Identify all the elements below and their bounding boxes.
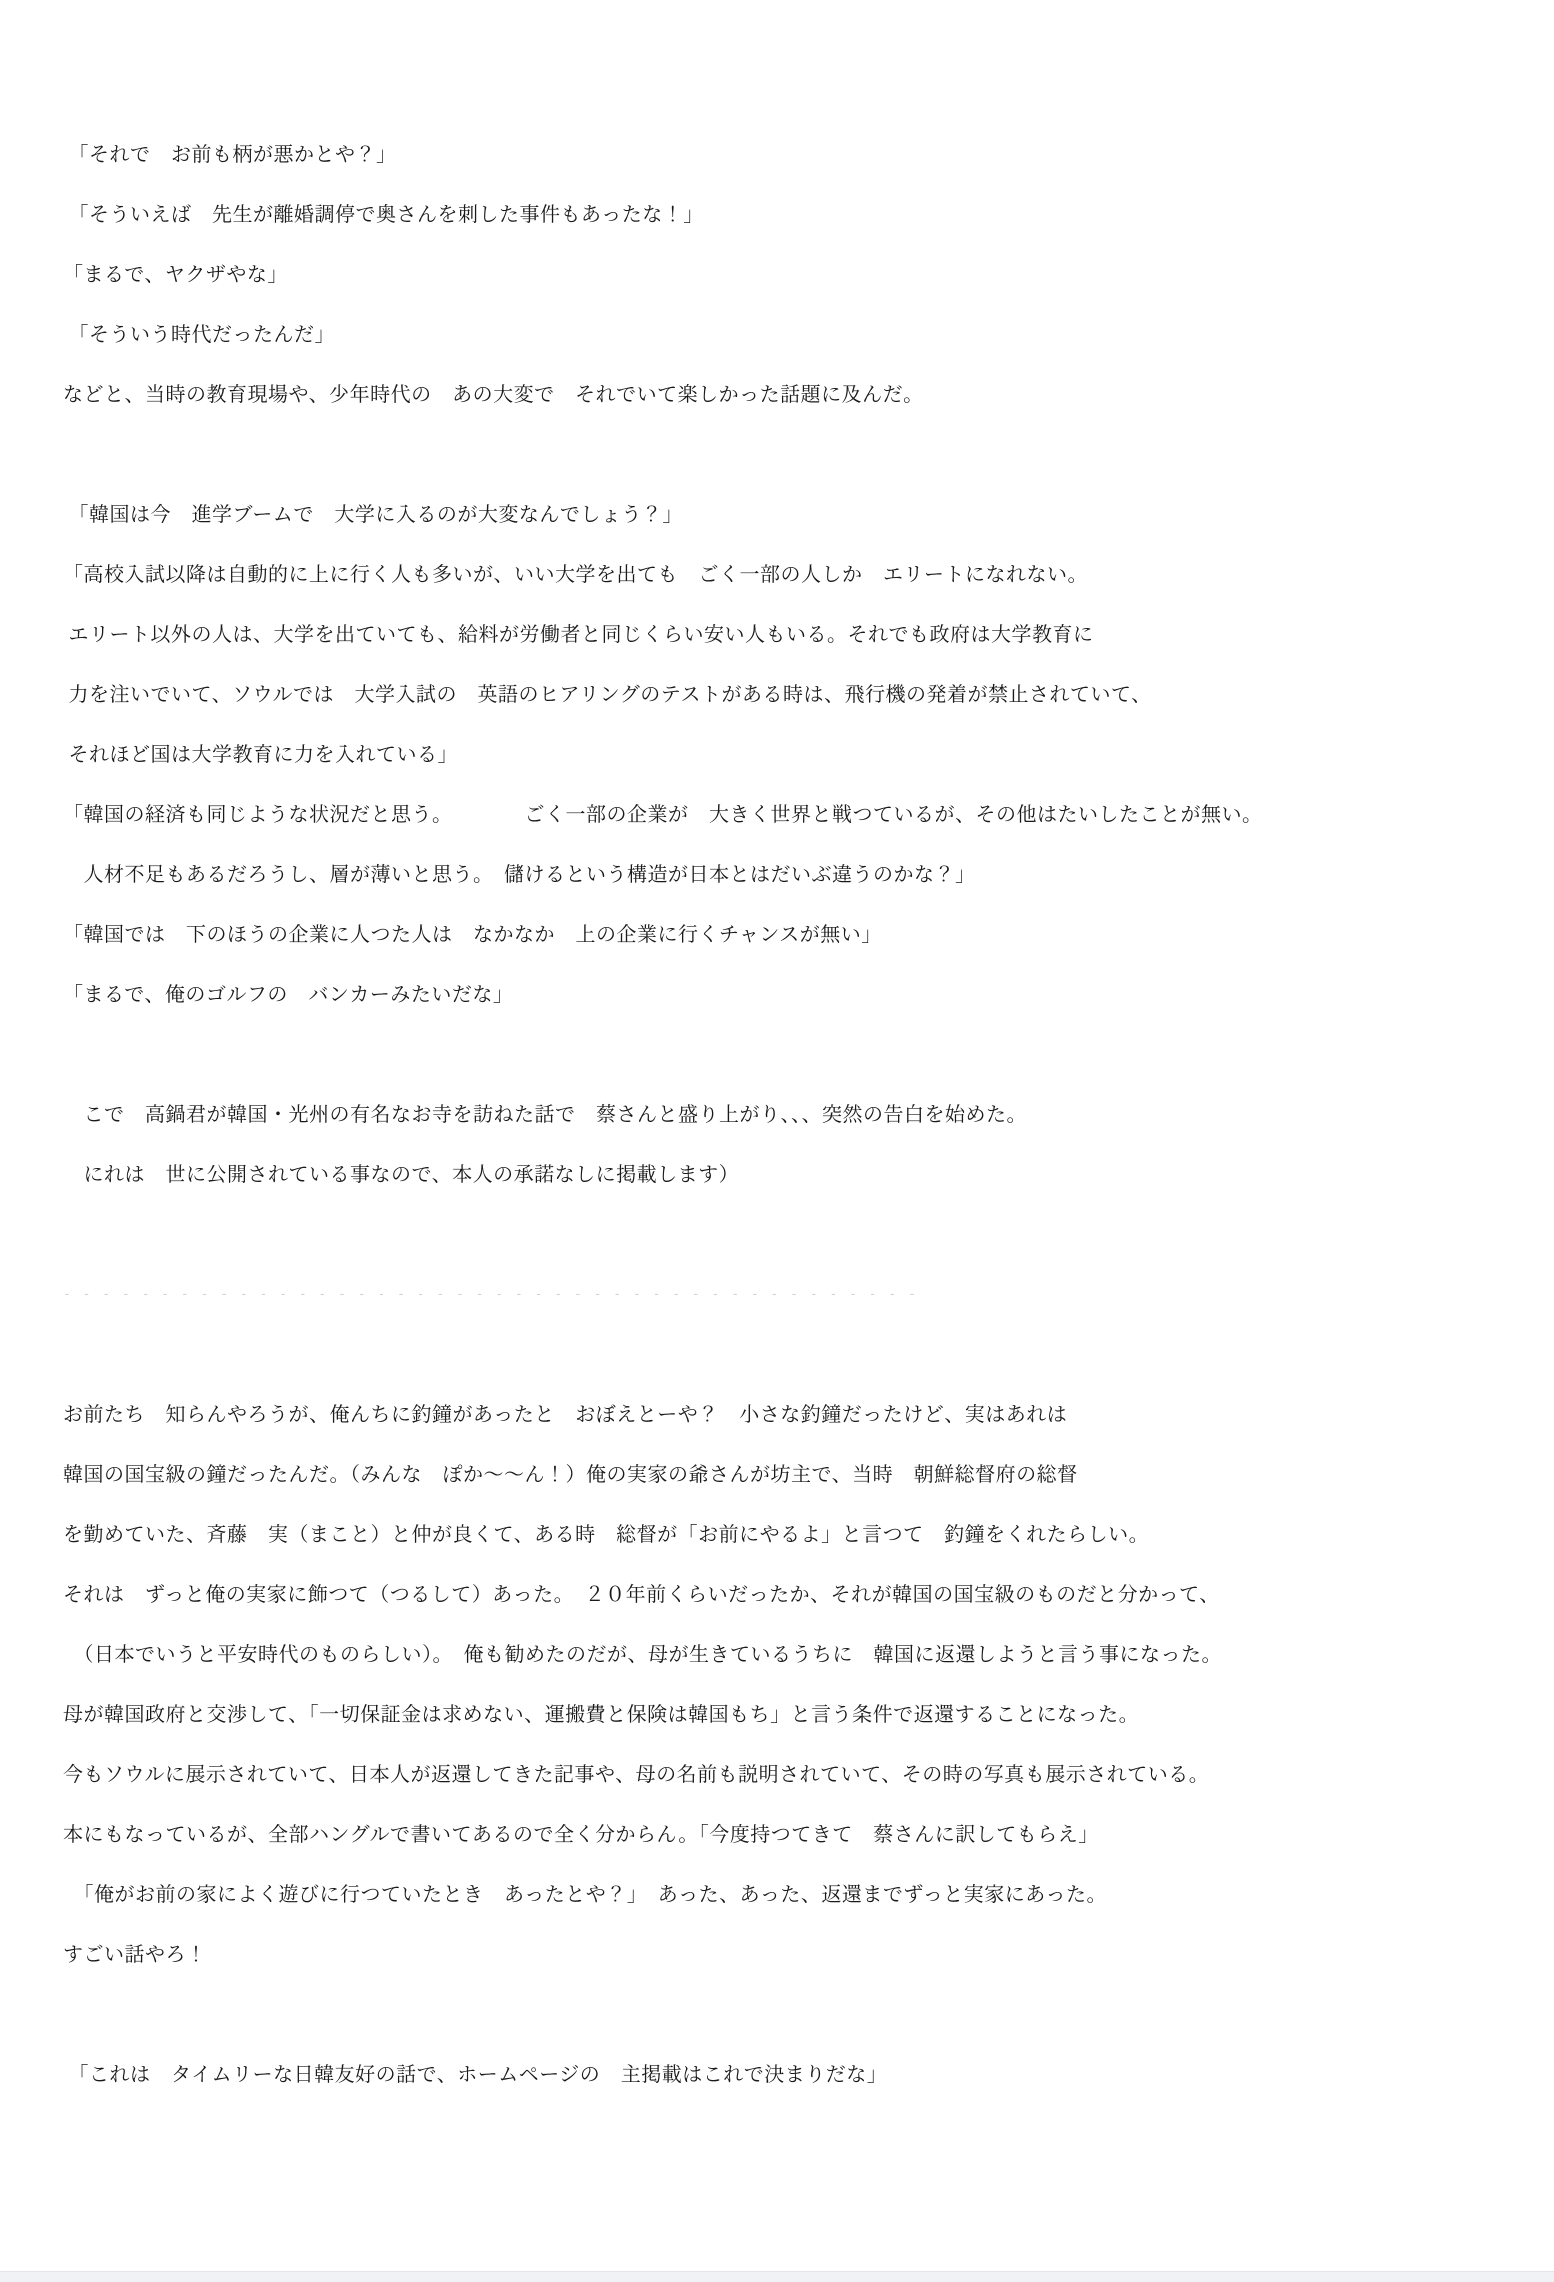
text-line: （日本でいうと平安時代のものらしい）。 俺も勧めたのだが、母が生きているうちに … xyxy=(63,1625,1504,1685)
text-line: 「これは タイムリーな日韓友好の話で、ホームページの 主掲載はこれで決まりだな」 xyxy=(63,2045,1504,2105)
text-line: エリート以外の人は、大学を出ていても、給料が労働者と同じくらい安い人もいる。それ… xyxy=(63,605,1504,665)
paragraph-banter: 「それで お前も柄が悪かとや？」 「そういえば 先生が離婚調停で奥さんを刺した事… xyxy=(63,125,1504,425)
text-line: 「俺がお前の家によく遊びに行つていたとき あったとや？」 あった、あった、返還ま… xyxy=(63,1865,1504,1925)
text-line: 母が韓国政府と交渉して、「一切保証金は求めない、運搬費と保険は韓国もち」と言う条… xyxy=(63,1685,1504,1745)
text-line: 「まるで、俺のゴルフの バンカーみたいだな」 xyxy=(63,965,1504,1025)
text-line: 「まるで、ヤクザやな」 xyxy=(63,245,1504,305)
text-line: こで 高鍋君が韓国・光州の有名なお寺を訪ねた話で 蔡さんと盛り上がり、、、突然の… xyxy=(63,1085,1504,1145)
text-line: 「高校入試以降は自動的に上に行く人も多いが、いい大学を出ても ごく一部の人しか … xyxy=(63,545,1504,605)
text-line: などと、当時の教育現場や、少年時代の あの大変で それでいて楽しかった話題に及ん… xyxy=(63,365,1504,425)
text-line: 本にもなっているが、全部ハングルで書いてあるので全く分からん。「今度持つてきて … xyxy=(63,1805,1504,1865)
text-line: を勤めていた、斉藤 実（まこと）と仲が良くて、ある時 総督が「お前にやるよ」と言… xyxy=(63,1505,1504,1565)
dashed-separator: - - - - - - - - - - - - - - - - - - - - … xyxy=(63,1265,1008,1325)
document-body: 「それで お前も柄が悪かとや？」 「そういえば 先生が離婚調停で奥さんを刺した事… xyxy=(0,0,1554,2105)
text-line: すごい話やろ！ xyxy=(63,1925,1504,1985)
text-line: 今もソウルに展示されていて、日本人が返還してきた記事や、母の名前も説明されていて… xyxy=(63,1745,1504,1805)
paragraph-korea-education: 「韓国は今 進学ブームで 大学に入るのが大変なんでしょう？」 「高校入試以降は自… xyxy=(63,485,1504,1025)
text-line: お前たち 知らんやろうが、俺んちに釣鐘があったと おぼえとーや？ 小さな釣鐘だっ… xyxy=(63,1385,1504,1445)
text-line: 「そういう時代だったんだ」 xyxy=(63,305,1504,365)
text-line: 「韓国は今 進学ブームで 大学に入るのが大変なんでしょう？」 xyxy=(63,485,1504,545)
paragraph-bell-story: お前たち 知らんやろうが、俺んちに釣鐘があったと おぼえとーや？ 小さな釣鐘だっ… xyxy=(63,1385,1504,1985)
text-line: 「韓国の経済も同じような状況だと思う。 ごく一部の企業が 大きく世界と戦つている… xyxy=(63,785,1504,845)
page-bottom-edge xyxy=(0,2271,1554,2282)
text-line: それは ずっと俺の実家に飾つて（つるして）あった。 ２０年前くらいだったか、それ… xyxy=(63,1565,1504,1625)
text-line: 「それで お前も柄が悪かとや？」 xyxy=(63,125,1504,185)
text-line: それほど国は大学教育に力を入れている」 xyxy=(63,725,1504,785)
paragraph-temple-intro: こで 高鍋君が韓国・光州の有名なお寺を訪ねた話で 蔡さんと盛り上がり、、、突然の… xyxy=(63,1085,1504,1205)
text-line: 「韓国では 下のほうの企業に人つた人は なかなか 上の企業に行くチャンスが無い」 xyxy=(63,905,1504,965)
text-line: 「そういえば 先生が離婚調停で奥さんを刺した事件もあったな！」 xyxy=(63,185,1504,245)
text-line: 力を注いでいて、ソウルでは 大学入試の 英語のヒアリングのテストがある時は、飛行… xyxy=(63,665,1504,725)
text-line: 人材不足もあるだろうし、層が薄いと思う。 儲けるという構造が日本とはだいぶ違うの… xyxy=(63,845,1504,905)
text-line: にれは 世に公開されている事なので、本人の承諾なしに掲載します） xyxy=(63,1145,1504,1205)
paragraph-closing: 「これは タイムリーな日韓友好の話で、ホームページの 主掲載はこれで決まりだな」 xyxy=(63,2045,1504,2105)
text-line: 韓国の国宝級の鐘だったんだ。（みんな ぽか〜〜ん！）俺の実家の爺さんが坊主で、当… xyxy=(63,1445,1504,1505)
